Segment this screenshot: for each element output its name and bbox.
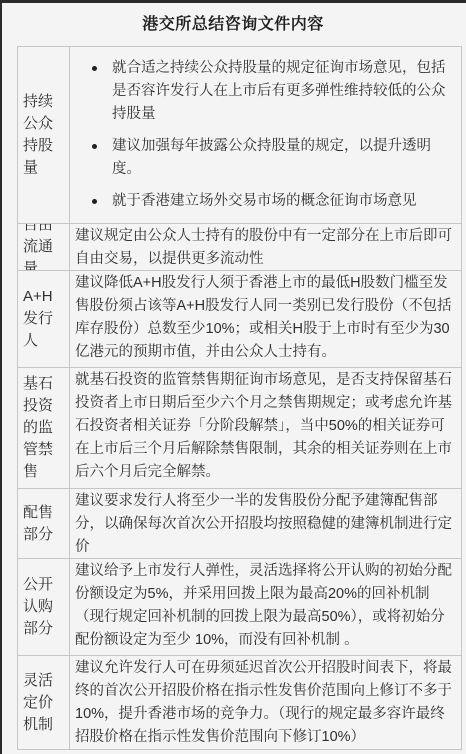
screen-edge-left — [0, 0, 2, 754]
bullet-list: 就合适之持续公众持股量的规定征询市场意见，包括是否容许发行人在上市后有更多弹性维… — [75, 48, 454, 213]
row-content: 建议规定由公众人士持有的股份中有一定部分在上市后即可自由交易，以提供更多流动性 — [70, 224, 461, 270]
bullet-text: 就合适之持续公众持股量的规定征询市场意见，包括是否容许发行人在上市后有更多弹性维… — [112, 57, 454, 126]
table-row-public-subscription: 公开认购部分 建议给予上市发行人弹性，灵活选择将公开认购的初始分配份额设定为5%… — [18, 559, 461, 656]
table-row-flexible-pricing: 灵活定价机制 建议允许发行人可在毋须延迟首次公开招股时间表下，将最终的首次公开招… — [18, 656, 461, 749]
row-label: 公开认购部分 — [18, 559, 70, 655]
row-content: 建议要求发行人将至少一半的发售股份分配予建簿配售部分，以确保每次首次公开招股均按… — [70, 489, 461, 558]
row-label: 自由流通量 — [18, 224, 70, 270]
row-content: 建议降低A+H股发行人须于香港上市的最低H股数门槛至发售股份须占该等A+H股发行… — [70, 271, 461, 367]
bullet-text: 建议加强每年披露公众持股量的规定，以提升透明度。 — [112, 135, 454, 181]
page-title: 港交所总结咨询文件内容 — [0, 11, 466, 34]
row-content: 就合适之持续公众持股量的规定征询市场意见，包括是否容许发行人在上市后有更多弹性维… — [70, 47, 461, 223]
row-label: 持续公众持股量 — [18, 47, 70, 223]
row-content: 就基石投资的监管禁售期征询市场意见，是否支持保留基石投资者上市日期后至少六个月之… — [70, 368, 461, 488]
table-row-placing-tranche: 配售部分 建议要求发行人将至少一半的发售股份分配予建簿配售部分，以确保每次首次公… — [18, 489, 461, 559]
table-row-continuing-public-float: 持续公众持股量 就合适之持续公众持股量的规定征询市场意见，包括是否容许发行人在上… — [18, 47, 461, 224]
bullet-text: 就于香港建立场外交易市场的概念征询市场意见 — [112, 190, 454, 213]
bullet-item: 就合适之持续公众持股量的规定征询市场意见，包括是否容许发行人在上市后有更多弹性维… — [75, 57, 454, 126]
table-row-free-float: 自由流通量 建议规定由公众人士持有的股份中有一定部分在上市后即可自由交易，以提供… — [18, 224, 461, 271]
table-row-a-plus-h-issuers: A+H发行人 建议降低A+H股发行人须于香港上市的最低H股数门槛至发售股份须占该… — [18, 271, 461, 368]
row-label: A+H发行人 — [18, 271, 70, 367]
row-label: 基石投资的监管禁售 — [18, 368, 70, 488]
bullet-item: 建议加强每年披露公众持股量的规定，以提升透明度。 — [75, 135, 454, 181]
bullet-dot-icon — [92, 66, 97, 71]
row-label: 配售部分 — [18, 489, 70, 558]
row-content: 建议允许发行人可在毋须延迟首次公开招股时间表下，将最终的首次公开招股价格在指示性… — [70, 656, 461, 749]
screen-edge-top — [0, 0, 466, 3]
bullet-dot-icon — [92, 199, 97, 204]
bullet-dot-icon — [92, 144, 97, 149]
table-row-cornerstone-lockup: 基石投资的监管禁售 就基石投资的监管禁售期征询市场意见，是否支持保留基石投资者上… — [18, 368, 461, 489]
bullet-item: 就于香港建立场外交易市场的概念征询市场意见 — [75, 190, 454, 213]
summary-table: 持续公众持股量 就合适之持续公众持股量的规定征询市场意见，包括是否容许发行人在上… — [17, 46, 462, 750]
row-label: 灵活定价机制 — [18, 656, 70, 749]
row-content: 建议给予上市发行人弹性，灵活选择将公开认购的初始分配份额设定为5%，并采用回拨上… — [70, 559, 461, 655]
